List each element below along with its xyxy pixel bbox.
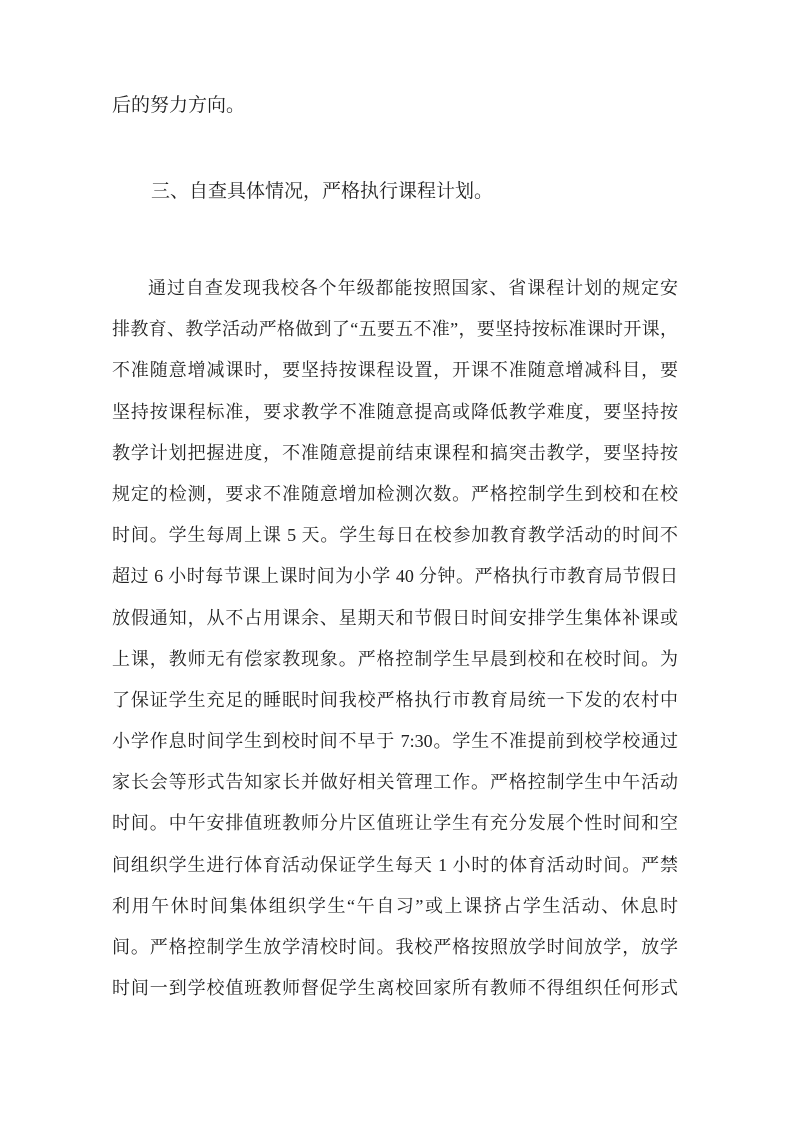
paragraph-line: 时间一到学校值班教师督促学生离校回家所有教师不得组织任何形式 xyxy=(112,968,678,1009)
document-page: 后的努力方向。 三、自查具体情况，严格执行课程计划。 通过自查发现我校各个年级都… xyxy=(0,0,793,1122)
paragraph-line: 间组织学生进行体育活动保证学生每天 1 小时的体育活动时间。严禁 xyxy=(112,845,678,886)
leading-paragraph-line: 后的努力方向。 xyxy=(112,94,245,118)
paragraph-line: 不准随意增减课时，要坚持按课程设置，开课不准随意增减科目，要 xyxy=(112,350,678,391)
paragraph-line: 家长会等形式告知家长并做好相关管理工作。严格控制学生中午活动 xyxy=(112,762,678,803)
paragraph-line: 上课，教师无有偿家教现象。严格控制学生早晨到校和在校时间。为 xyxy=(112,639,678,680)
section-heading: 三、自查具体情况，严格执行课程计划。 xyxy=(151,180,493,204)
paragraph-line: 坚持按课程标准，要求教学不准随意提高或降低教学难度，要坚持按 xyxy=(112,392,678,433)
paragraph-line: 放假通知，从不占用课余、星期天和节假日时间安排学生集体补课或 xyxy=(112,598,678,639)
paragraph-line: 时间。学生每周上课 5 天。学生每日在校参加教育教学活动的时间不 xyxy=(112,515,678,556)
paragraph-line: 教学计划把握进度，不准随意提前结束课程和搞突击教学，要坚持按 xyxy=(112,433,678,474)
paragraph-line: 排教育、教学活动严格做到了“五要五不准”，要坚持按标准课时开课， xyxy=(112,309,678,350)
paragraph-line: 利用午休时间集体组织学生“午自习”或上课挤占学生活动、休息时 xyxy=(112,886,678,927)
body-paragraph: 通过自查发现我校各个年级都能按照国家、省课程计划的规定安 排教育、教学活动严格做… xyxy=(112,268,678,1009)
paragraph-line: 小学作息时间学生到校时间不早于 7:30。学生不准提前到校学校通过 xyxy=(112,721,678,762)
paragraph-line: 超过 6 小时每节课上课时间为小学 40 分钟。严格执行市教育局节假日 xyxy=(112,556,678,597)
paragraph-line: 了保证学生充足的睡眠时间我校严格执行市教育局统一下发的农村中 xyxy=(112,680,678,721)
paragraph-line: 间。严格控制学生放学清校时间。我校严格按照放学时间放学，放学 xyxy=(112,927,678,968)
paragraph-line: 规定的检测，要求不准随意增加检测次数。严格控制学生到校和在校 xyxy=(112,474,678,515)
paragraph-line: 时间。中午安排值班教师分片区值班让学生有充分发展个性时间和空 xyxy=(112,803,678,844)
paragraph-line: 通过自查发现我校各个年级都能按照国家、省课程计划的规定安 xyxy=(112,268,678,309)
